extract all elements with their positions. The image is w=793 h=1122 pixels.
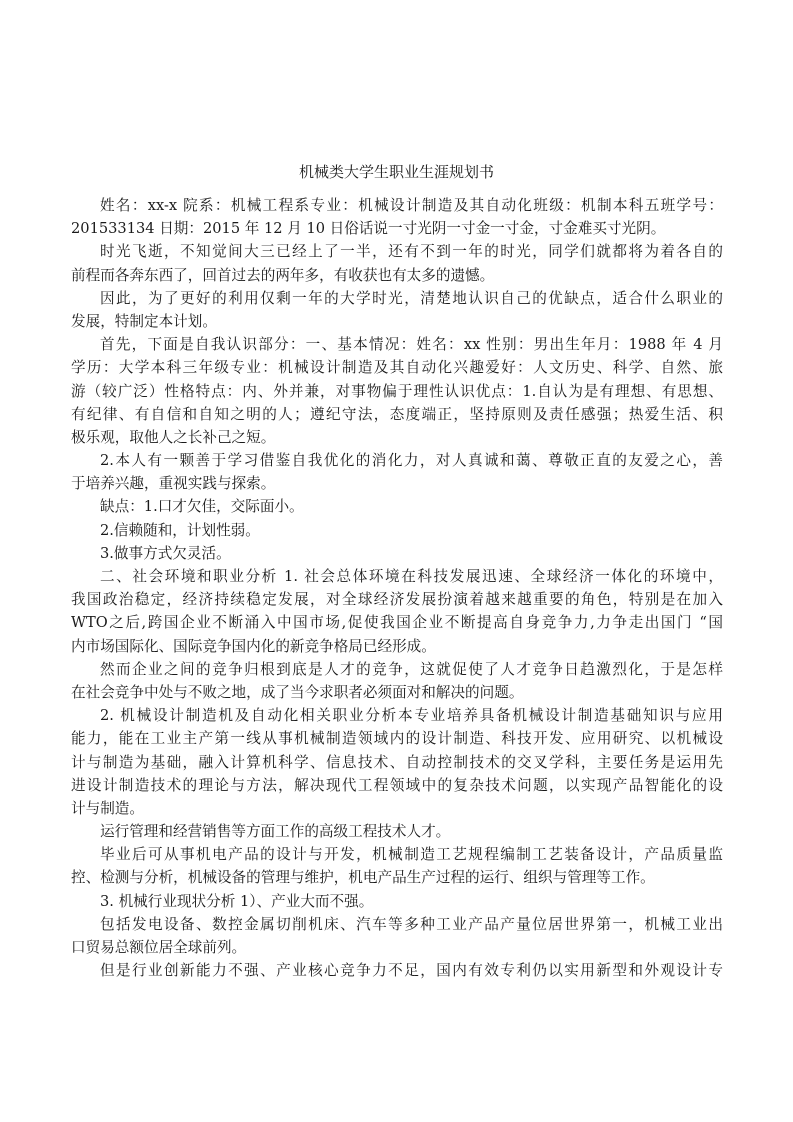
text-line: 因此，为了更好的利用仅剩一年的大学时光，清楚地认识自己的优缺点，适合什么职业的 — [71, 287, 723, 310]
document-page: 机械类大学生职业生涯规划书 姓名：xx-x 院系：机械工程系专业：机械设计制造及… — [0, 0, 793, 1122]
text-line: 二、社会环境和职业分析 1. 社会总体环境在科技发展迅速、全球经济一体化的环境中… — [71, 565, 723, 588]
text-line: 内市场国际化、国际竞争国内化的新竞争格局已经形成。 — [71, 635, 723, 658]
text-line: 前程而各奔东西了，回首过去的两年多，有收获也有太多的遗憾。 — [71, 264, 723, 287]
text-line: 但是行业创新能力不强、产业核心竞争力不足，国内有效专利仍以实用新型和外观设计专 — [71, 959, 723, 982]
text-line: WTO之后,跨国企业不断涌入中国市场,促使我国企业不断提高自身竞争力,力争走出国… — [71, 611, 723, 634]
text-line: 2.信赖随和，计划性弱。 — [71, 519, 723, 542]
text-line: 控、检测与分析，机械设备的管理与维护，机电产品生产过程的运行、组织与管理等工作。 — [71, 866, 723, 889]
text-line: 缺点：1.口才欠佳，交际面小。 — [71, 495, 723, 518]
document-title: 机械类大学生职业生涯规划书 — [0, 161, 793, 183]
text-line: 于培养兴趣，重视实践与探索。 — [71, 472, 723, 495]
text-line: 毕业后可从事机电产品的设计与开发，机械制造工艺规程编制工艺装备设计，产品质量监 — [71, 843, 723, 866]
text-line: 进设计制造技术的理论与方法，解决现代工程领域中的复杂技术问题，以实现产品智能化的… — [71, 774, 723, 797]
text-line: 3.做事方式欠灵活。 — [71, 542, 723, 565]
text-line: 然而企业之间的竞争归根到底是人才的竞争，这就促使了人才竞争日趋激烈化，于是怎样 — [71, 658, 723, 681]
text-line: 包括发电设备、数控金属切削机床、汽车等多种工业产品产量位居世界第一，机械工业出 — [71, 913, 723, 936]
text-line: 时光飞逝，不知觉间大三已经上了一半，还有不到一年的时光，同学们就都将为着各自的 — [71, 240, 723, 263]
text-line: 口贸易总额位居全球前列。 — [71, 936, 723, 959]
text-line: 2.本人有一颗善于学习借鉴自我优化的消化力，对人真诚和蔼、尊敬正直的友爱之心，善 — [71, 449, 723, 472]
text-line: 2. 机械设计制造机及自动化相关职业分析本专业培养具备机械设计制造基础知识与应用 — [71, 704, 723, 727]
text-line: 我国政治稳定，经济持续稳定发展，对全球经济发展扮演着越来越重要的角色，特别是在加… — [71, 588, 723, 611]
text-line: 能力，能在工业主产第一线从事机械制造领域内的设计制造、科技开发、应用研究、以机械… — [71, 727, 723, 750]
text-line: 游（较广泛）性格特点：内、外并兼，对事物偏于理性认识优点：1.自认为是有理想、有… — [71, 380, 723, 403]
text-line: 发展，特制定本计划。 — [71, 310, 723, 333]
text-line: 3. 机械行业现状分析 1）、产业大而不强。 — [71, 890, 723, 913]
text-line: 运行管理和经营销售等方面工作的高级工程技术人才。 — [71, 820, 723, 843]
text-line: 首先，下面是自我认识部分：一、基本情况：姓名：xx 性别：男出生年月：1988 … — [71, 333, 723, 356]
text-line: 姓名：xx-x 院系：机械工程系专业：机械设计制造及其自动化班级：机制本科五班学… — [71, 194, 723, 217]
text-line: 学历：大学本科三年级专业：机械设计制造及其自动化兴趣爱好：人文历史、科学、自然、… — [71, 356, 723, 379]
document-body: 姓名：xx-x 院系：机械工程系专业：机械设计制造及其自动化班级：机制本科五班学… — [71, 194, 723, 982]
text-line: 在社会竞争中处与不败之地，成了当今求职者必须面对和解决的问题。 — [71, 681, 723, 704]
text-line: 极乐观，取他人之长补己之短。 — [71, 426, 723, 449]
text-line: 201533134 日期：2015 年 12 月 10 日俗话说一寸光阴一寸金一… — [71, 217, 723, 240]
text-line: 计与制造为基础，融入计算机科学、信息技术、自动控制技术的交叉学科，主要任务是运用… — [71, 751, 723, 774]
text-line: 计与制造。 — [71, 797, 723, 820]
text-line: 有纪律、有自信和自知之明的人；遵纪守法，态度端正，坚持原则及责任感强；热爱生活、… — [71, 403, 723, 426]
